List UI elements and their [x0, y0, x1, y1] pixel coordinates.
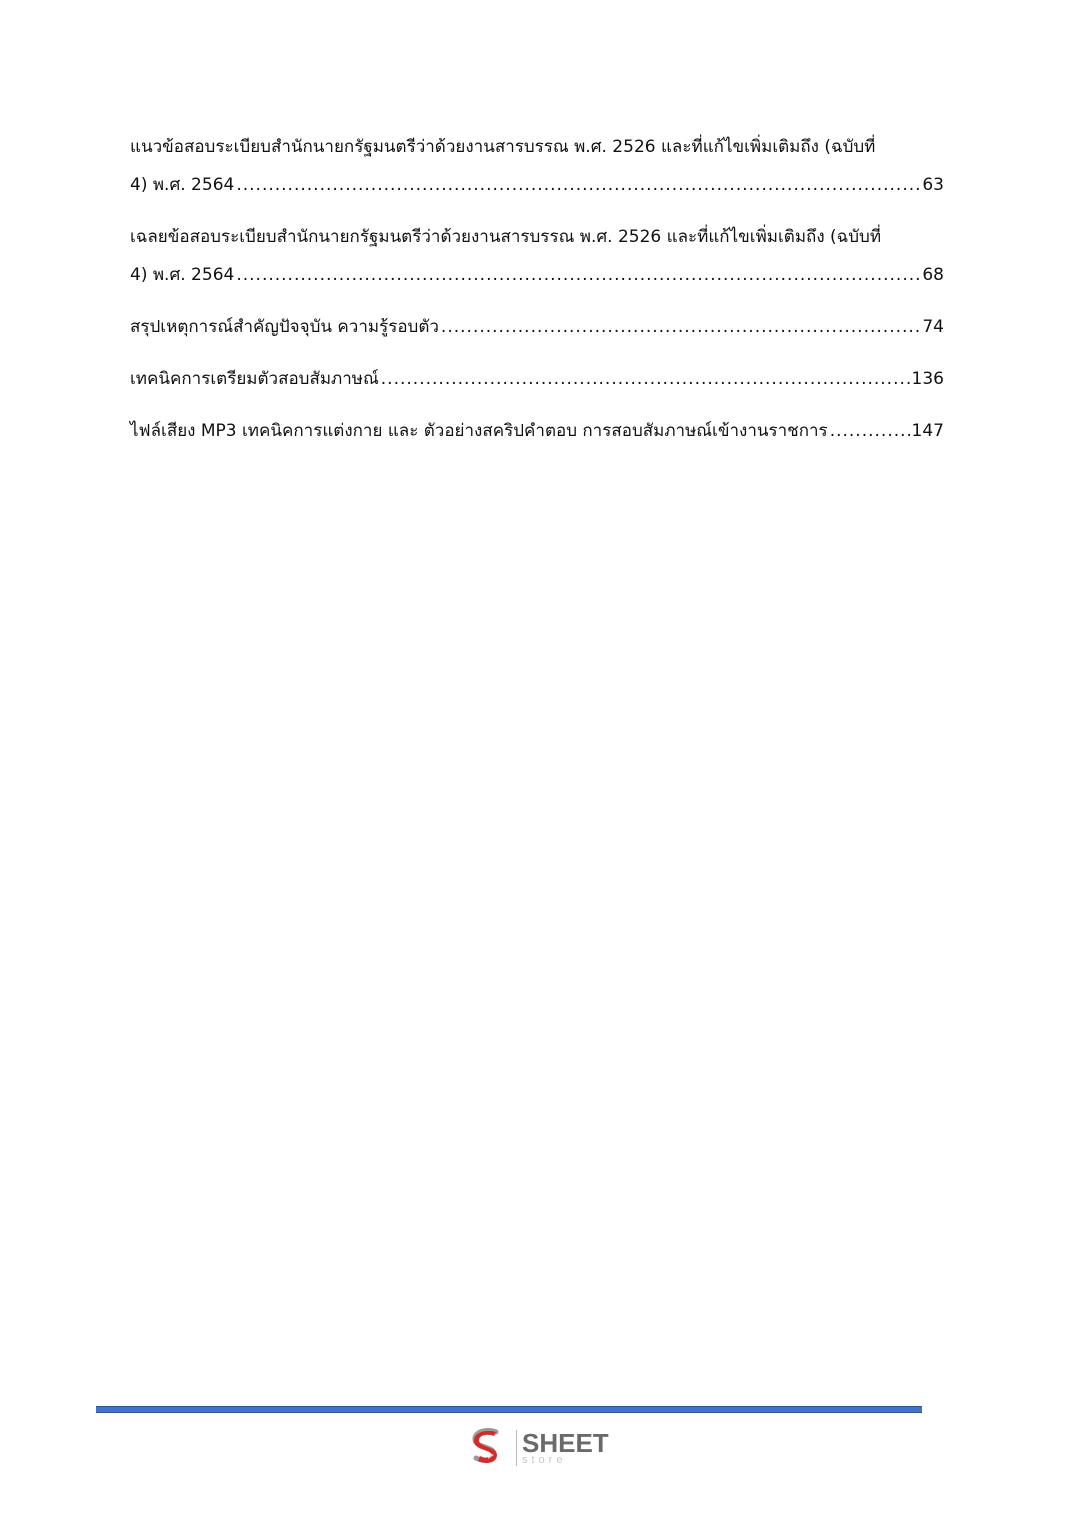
dot-leader: [441, 308, 920, 346]
toc-entry-title: สรุปเหตุการณ์สำคัญปัจจุบัน ความรู้รอบตัว: [130, 308, 439, 346]
footer-rule: [96, 1406, 922, 1413]
toc-entry[interactable]: สรุปเหตุการณ์สำคัญปัจจุบัน ความรู้รอบตัว…: [130, 308, 944, 346]
dot-leader: [236, 166, 920, 204]
toc-entry[interactable]: แนวข้อสอบระเบียบสำนักนายกรัฐมนตรีว่าด้วย…: [130, 128, 944, 204]
toc-entry-last-line: เทคนิคการเตรียมตัวสอบสัมภาษณ์ 136: [130, 360, 944, 398]
toc-entry-title: ไฟล์เสียง MP3 เทคนิคการแต่งกาย และ ตัวอย…: [130, 412, 828, 450]
toc-entry-title-line: แนวข้อสอบระเบียบสำนักนายกรัฐมนตรีว่าด้วย…: [130, 128, 944, 166]
toc-page-number: 74: [922, 308, 944, 346]
toc-page-number: 136: [912, 360, 944, 398]
logo-wordmark: SHEET store: [522, 1430, 609, 1466]
toc-entry[interactable]: เทคนิคการเตรียมตัวสอบสัมภาษณ์ 136: [130, 360, 944, 398]
table-of-contents: แนวข้อสอบระเบียบสำนักนายกรัฐมนตรีว่าด้วย…: [130, 128, 944, 464]
toc-page-number: 63: [922, 166, 944, 204]
footer-logo: SHEET store: [466, 1426, 609, 1470]
toc-entry[interactable]: ไฟล์เสียง MP3 เทคนิคการแต่งกาย และ ตัวอย…: [130, 412, 944, 450]
toc-entry-title: แนวข้อสอบระเบียบสำนักนายกรัฐมนตรีว่าด้วย…: [130, 128, 875, 166]
sheet-store-s-logo-icon: [466, 1426, 510, 1470]
toc-entry-last-line: ไฟล์เสียง MP3 เทคนิคการแต่งกาย และ ตัวอย…: [130, 412, 944, 450]
toc-page-number: 147: [912, 412, 944, 450]
logo-divider: [516, 1430, 517, 1466]
toc-entry-title-line: เฉลยข้อสอบระเบียบสำนักนายกรัฐมนตรีว่าด้ว…: [130, 218, 944, 256]
dot-leader: [381, 360, 910, 398]
logo-main-text: SHEET: [522, 1430, 609, 1456]
toc-page-number: 68: [922, 256, 944, 294]
dot-leader: [236, 256, 920, 294]
toc-entry-title-continued: 4) พ.ศ. 2564: [130, 256, 234, 294]
toc-entry-last-line: 4) พ.ศ. 2564 63: [130, 166, 944, 204]
toc-entry-title-continued: 4) พ.ศ. 2564: [130, 166, 234, 204]
toc-entry-last-line: 4) พ.ศ. 2564 68: [130, 256, 944, 294]
logo-sub-text: store: [522, 1455, 609, 1466]
toc-entry-last-line: สรุปเหตุการณ์สำคัญปัจจุบัน ความรู้รอบตัว…: [130, 308, 944, 346]
toc-entry-title: เทคนิคการเตรียมตัวสอบสัมภาษณ์: [130, 360, 379, 398]
toc-entry[interactable]: เฉลยข้อสอบระเบียบสำนักนายกรัฐมนตรีว่าด้ว…: [130, 218, 944, 294]
toc-entry-title: เฉลยข้อสอบระเบียบสำนักนายกรัฐมนตรีว่าด้ว…: [130, 218, 881, 256]
dot-leader: [830, 412, 910, 450]
